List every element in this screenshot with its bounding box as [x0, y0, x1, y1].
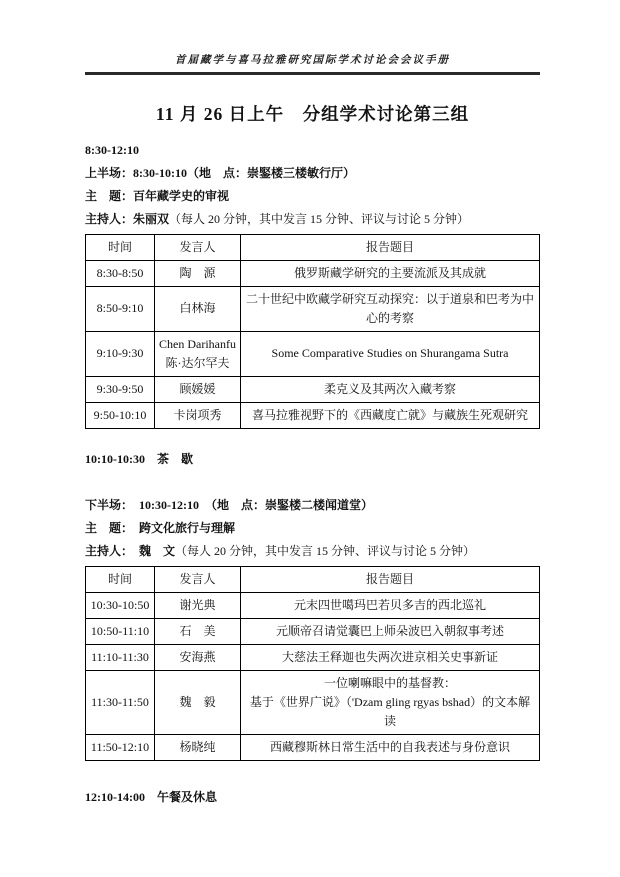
overall-time: 8:30-12:10 [85, 142, 540, 158]
col-header-time: 时间 [86, 566, 155, 592]
session1-chair-name: 主持人：朱丽双 [85, 212, 169, 226]
table-header-row: 时间 发言人 报告题目 [86, 566, 540, 592]
time-cell: 11:10-11:30 [86, 644, 155, 670]
table-row: 11:10-11:30 安海燕 大慈法王释迦也失两次进京相关史事新证 [86, 644, 540, 670]
col-header-time: 时间 [86, 234, 155, 260]
time-cell: 8:30-8:50 [86, 260, 155, 286]
table-row: 9:10-9:30 Chen Darihanfu 陈·达尔罕夫 Some Com… [86, 331, 540, 376]
col-header-speaker: 发言人 [155, 566, 241, 592]
booklet-title: 首届藏学与喜马拉雅研究国际学术讨论会会议手册 [85, 52, 540, 67]
time-cell: 11:30-11:50 [86, 670, 155, 734]
speaker-cell: 白林海 [155, 286, 241, 331]
speaker-cell: 顾媛媛 [155, 376, 241, 402]
speaker-cell: 魏 毅 [155, 670, 241, 734]
time-cell: 8:50-9:10 [86, 286, 155, 331]
title-cell: Some Comparative Studies on Shurangama S… [241, 331, 540, 376]
title-cell: 元顺帝召请觉囊巴上师朵波巴入朝叙事考述 [241, 618, 540, 644]
session2-chair-line: 主持人： 魏 文（每人 20 分钟，其中发言 15 分钟、评议与讨论 5 分钟） [85, 543, 540, 559]
title-cell: 大慈法王释迦也失两次进京相关史事新证 [241, 644, 540, 670]
title-line-1: 一位喇嘛眼中的基督教： [245, 674, 535, 693]
session1-chair-note: （每人 20 分钟，其中发言 15 分钟、评议与讨论 5 分钟） [169, 212, 469, 226]
speaker-name-en: Chen Darihanfu [159, 335, 236, 354]
col-header-title: 报告题目 [241, 234, 540, 260]
title-cell: 柔克义及其两次入藏考察 [241, 376, 540, 402]
session1-table: 时间 发言人 报告题目 8:30-8:50 陶 源 俄罗斯藏学研究的主要流派及其… [85, 234, 540, 429]
session2-topic-line: 主 题： 跨文化旅行与理解 [85, 520, 540, 536]
lunch-line: 12:10-14:00 午餐及休息 [85, 789, 540, 805]
title-cell: 一位喇嘛眼中的基督教： 基于《世界广说》（'Dzam gling rgyas b… [241, 670, 540, 734]
page-title: 11 月 26 日上午 分组学术讨论第三组 [85, 101, 540, 126]
speaker-name-zh: 陈·达尔罕夫 [159, 354, 236, 373]
tea-break-line: 10:10-10:30 茶 歇 [85, 451, 540, 467]
time-cell: 10:50-11:10 [86, 618, 155, 644]
table-row: 11:30-11:50 魏 毅 一位喇嘛眼中的基督教： 基于《世界广说》（'Dz… [86, 670, 540, 734]
col-header-speaker: 发言人 [155, 234, 241, 260]
speaker-cell: 安海燕 [155, 644, 241, 670]
session2-half-line: 下半场： 10:30-12:10 （地 点：崇鋻楼二楼闻道堂） [85, 497, 540, 513]
tea-break-time: 10:10-10:30 [85, 452, 145, 466]
speaker-cell: 石 美 [155, 618, 241, 644]
session2-chair-note: （每人 20 分钟，其中发言 15 分钟、评议与讨论 5 分钟） [175, 544, 475, 558]
table-row: 9:30-9:50 顾媛媛 柔克义及其两次入藏考察 [86, 376, 540, 402]
conference-program-page: 首届藏学与喜马拉雅研究国际学术讨论会会议手册 11 月 26 日上午 分组学术讨… [0, 0, 620, 877]
time-cell: 9:50-10:10 [86, 402, 155, 428]
tea-break-label: 茶 歇 [157, 452, 193, 466]
lunch-time: 12:10-14:00 [85, 790, 145, 804]
session1-half-line: 上半场：8:30-10:10（地 点：崇鋻楼三楼敏行厅） [85, 165, 540, 181]
table-row: 8:50-9:10 白林海 二十世纪中欧藏学研究互动探究：以于道泉和巴考为中心的… [86, 286, 540, 331]
speaker-cell: 陶 源 [155, 260, 241, 286]
title-line-2: 基于《世界广说》（'Dzam gling rgyas bshad）的文本解读 [245, 693, 535, 731]
speaker-cell: Chen Darihanfu 陈·达尔罕夫 [155, 331, 241, 376]
lunch-label: 午餐及休息 [157, 790, 217, 804]
title-cell: 西藏穆斯林日常生活中的自我表述与身份意识 [241, 734, 540, 760]
session1-topic-line: 主 题：百年藏学史的审视 [85, 188, 540, 204]
table-header-row: 时间 发言人 报告题目 [86, 234, 540, 260]
table-row: 11:50-12:10 杨晓纯 西藏穆斯林日常生活中的自我表述与身份意识 [86, 734, 540, 760]
col-header-title: 报告题目 [241, 566, 540, 592]
table-row: 10:30-10:50 谢光典 元末四世噶玛巴若贝多吉的西北巡礼 [86, 592, 540, 618]
table-row: 8:30-8:50 陶 源 俄罗斯藏学研究的主要流派及其成就 [86, 260, 540, 286]
title-cell: 元末四世噶玛巴若贝多吉的西北巡礼 [241, 592, 540, 618]
title-cell: 俄罗斯藏学研究的主要流派及其成就 [241, 260, 540, 286]
speaker-cell: 谢光典 [155, 592, 241, 618]
time-cell: 9:10-9:30 [86, 331, 155, 376]
session2-chair-name: 主持人： 魏 文 [85, 544, 175, 558]
header-rule [85, 72, 540, 75]
title-cell: 喜马拉雅视野下的《西藏度亡就》与藏族生死观研究 [241, 402, 540, 428]
time-cell: 9:30-9:50 [86, 376, 155, 402]
table-row: 10:50-11:10 石 美 元顺帝召请觉囊巴上师朵波巴入朝叙事考述 [86, 618, 540, 644]
title-cell: 二十世纪中欧藏学研究互动探究：以于道泉和巴考为中心的考察 [241, 286, 540, 331]
time-cell: 11:50-12:10 [86, 734, 155, 760]
session1-chair-line: 主持人：朱丽双（每人 20 分钟，其中发言 15 分钟、评议与讨论 5 分钟） [85, 211, 540, 227]
speaker-cell: 卡岗项秀 [155, 402, 241, 428]
table-row: 9:50-10:10 卡岗项秀 喜马拉雅视野下的《西藏度亡就》与藏族生死观研究 [86, 402, 540, 428]
speaker-cell: 杨晓纯 [155, 734, 241, 760]
session2-table: 时间 发言人 报告题目 10:30-10:50 谢光典 元末四世噶玛巴若贝多吉的… [85, 566, 540, 761]
time-cell: 10:30-10:50 [86, 592, 155, 618]
